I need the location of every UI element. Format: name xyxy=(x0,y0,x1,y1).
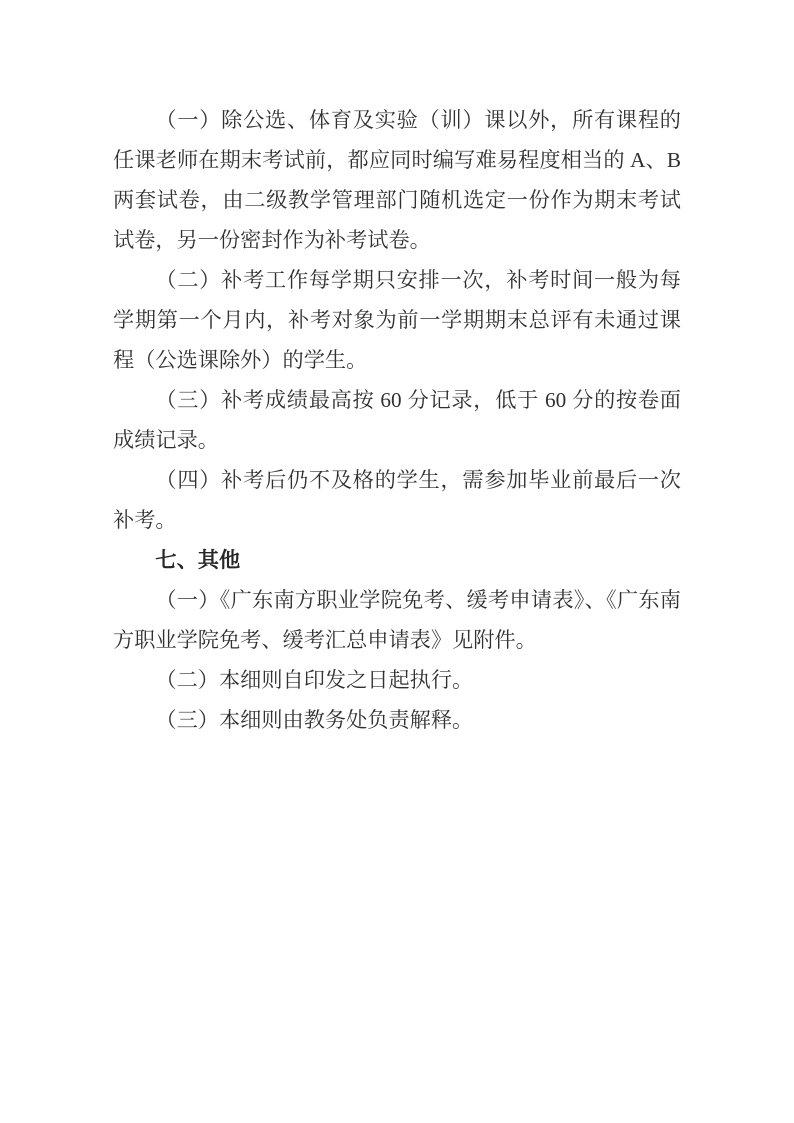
section-heading: 七、其他 xyxy=(113,540,681,580)
paragraph: （四）补考后仍不及格的学生，需参加毕业前最后一次补考。 xyxy=(113,460,681,540)
document-body: （一）除公选、体育及实验（训）课以外，所有课程的任课老师在期末考试前，都应同时编… xyxy=(113,100,681,740)
paragraph: （一）除公选、体育及实验（训）课以外，所有课程的任课老师在期末考试前，都应同时编… xyxy=(113,100,681,260)
paragraph: （三）补考成绩最高按 60 分记录，低于 60 分的按卷面成绩记录。 xyxy=(113,380,681,460)
document-page: （一）除公选、体育及实验（训）课以外，所有课程的任课老师在期末考试前，都应同时编… xyxy=(0,0,794,1123)
paragraph: （二）本细则自印发之日起执行。 xyxy=(113,660,681,700)
paragraph: （二）补考工作每学期只安排一次，补考时间一般为每学期第一个月内，补考对象为前一学… xyxy=(113,260,681,380)
paragraph: （三）本细则由教务处负责解释。 xyxy=(113,700,681,740)
paragraph: （一）《广东南方职业学院免考、缓考申请表》、《广东南方职业学院免考、缓考汇总申请… xyxy=(113,580,681,660)
